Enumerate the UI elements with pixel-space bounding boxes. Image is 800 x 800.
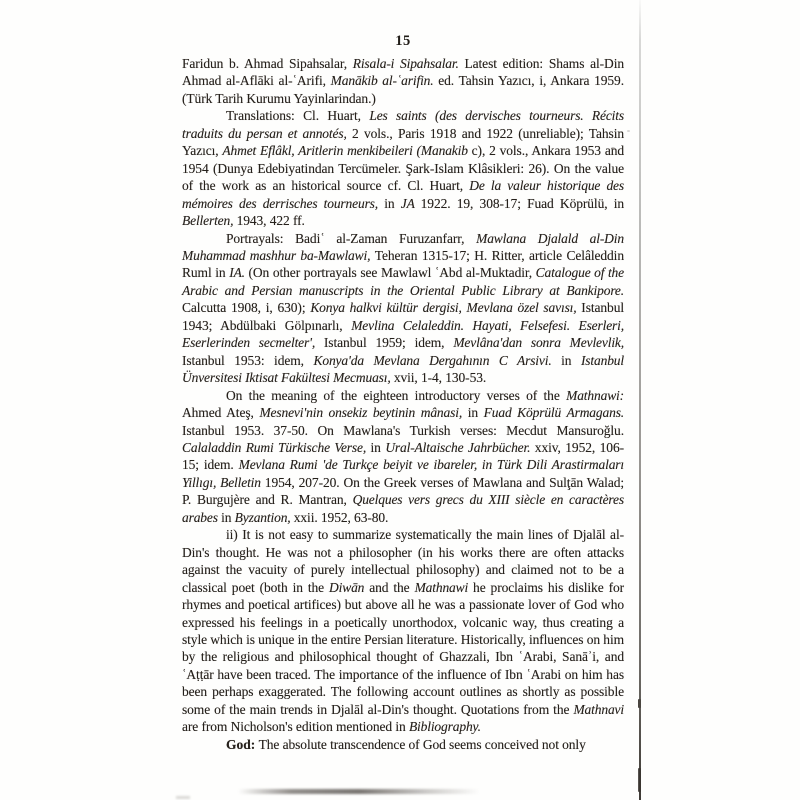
text-segment: in bbox=[468, 405, 484, 420]
scan-artifact-tick bbox=[638, 768, 641, 792]
text-segment: Calaladdin Rumi Türkische Verse, bbox=[182, 440, 371, 455]
text-segment: in bbox=[561, 353, 581, 368]
paragraph: God: The absolute transcendence of God s… bbox=[182, 736, 624, 753]
text-segment: Manākib al-ʿarifin. bbox=[331, 73, 434, 88]
text-segment: Mevlâna'dan sonra Mevlevlik, bbox=[453, 335, 624, 350]
text-segment: God: bbox=[226, 737, 259, 752]
body-text-column: Faridun b. Ahmad Sipahsalar, Risala-i Si… bbox=[182, 55, 624, 753]
paragraph: Portrayals: Badiʿ al-Zaman Furuzanfarr, … bbox=[182, 230, 624, 387]
text-segment: 1943, 422 ff. bbox=[237, 213, 305, 228]
text-segment: Konya halkvi kültür dergisi, Mevlana öze… bbox=[310, 300, 581, 315]
text-segment: The absolute transcendence of God seems … bbox=[259, 737, 586, 752]
text-segment: Byzantion, bbox=[235, 510, 294, 525]
text-segment: IA. bbox=[229, 265, 248, 280]
text-segment: Ahmed Ateş, bbox=[182, 405, 259, 420]
text-segment: JA bbox=[401, 196, 421, 211]
text-segment: and the bbox=[369, 580, 414, 595]
text-segment: Mathnavi bbox=[573, 702, 624, 717]
text-segment: Istanbul 1959; idem, bbox=[324, 335, 453, 350]
text-segment: 1922. 19, 308-17; Fuad Köprülü, in bbox=[421, 196, 624, 211]
scan-artifact-speck bbox=[176, 796, 190, 799]
text-segment: in bbox=[371, 440, 386, 455]
text-segment: Mathnawi bbox=[415, 580, 473, 595]
scan-artifact-speck bbox=[611, 147, 615, 150]
text-segment: Ahmet Eflâkl, Aritlerin menkibeileri (Ma… bbox=[222, 143, 471, 158]
book-edge-scan-line bbox=[639, 0, 641, 800]
text-segment: xxii. 1952, 63-80. bbox=[294, 510, 389, 525]
text-segment: Risala-i Sipahsalar. bbox=[353, 56, 459, 71]
scanned-book-page: 15 Faridun b. Ahmad Sipahsalar, Risala-i… bbox=[0, 0, 800, 800]
text-segment: Diwān bbox=[329, 580, 369, 595]
text-segment: Istanbul 1953. 37-50. On Mawlana's Turki… bbox=[182, 423, 624, 438]
text-segment: Fuad Köprülü Armagans. bbox=[484, 405, 624, 420]
scan-artifact-speck bbox=[627, 130, 630, 132]
text-segment: Bellerten, bbox=[182, 213, 237, 228]
text-segment: are from Nicholson's edition mentioned i… bbox=[182, 719, 409, 734]
text-segment: Portrayals: Badiʿ al-Zaman Furuzanfarr, bbox=[226, 231, 476, 246]
text-segment: On the meaning of the eighteen introduct… bbox=[226, 388, 566, 403]
text-segment: Faridun b. Ahmad Sipahsalar, bbox=[182, 56, 353, 71]
text-segment: Konya'da Mevlana Dergahının C Arsivi. bbox=[314, 353, 562, 368]
paragraph: Translations: Cl. Huart, Les saints (des… bbox=[182, 107, 624, 229]
text-segment: (On other portrayals see Mawlawl ʿAbd al… bbox=[249, 265, 536, 280]
scan-artifact-tick bbox=[638, 699, 641, 708]
paragraph: ii) It is not easy to summarize systemat… bbox=[182, 526, 624, 735]
text-segment: xvii, 1-4, 130-53. bbox=[394, 370, 486, 385]
text-segment: in bbox=[384, 196, 401, 211]
scan-artifact-smudge bbox=[238, 789, 480, 794]
text-segment: Calcutta 1908, i, 630); bbox=[182, 300, 310, 315]
page-number: 15 bbox=[182, 33, 624, 50]
text-segment: Bibliography. bbox=[409, 719, 481, 734]
paragraph: Faridun b. Ahmad Sipahsalar, Risala-i Si… bbox=[182, 55, 624, 107]
text-segment: he proclaims his dislike for rhymes and … bbox=[182, 580, 624, 717]
text-segment: Ural-Altaische Jahrbücher. bbox=[385, 440, 534, 455]
text-segment: Mathnawi: bbox=[566, 388, 624, 403]
text-segment: Mesnevi'nin onsekiz beytinin mânasi, bbox=[259, 405, 467, 420]
text-segment: Translations: Cl. Huart, bbox=[226, 108, 369, 123]
paragraph: On the meaning of the eighteen introduct… bbox=[182, 387, 624, 527]
text-segment: Istanbul 1953: idem, bbox=[182, 353, 314, 368]
text-segment: in bbox=[221, 510, 235, 525]
